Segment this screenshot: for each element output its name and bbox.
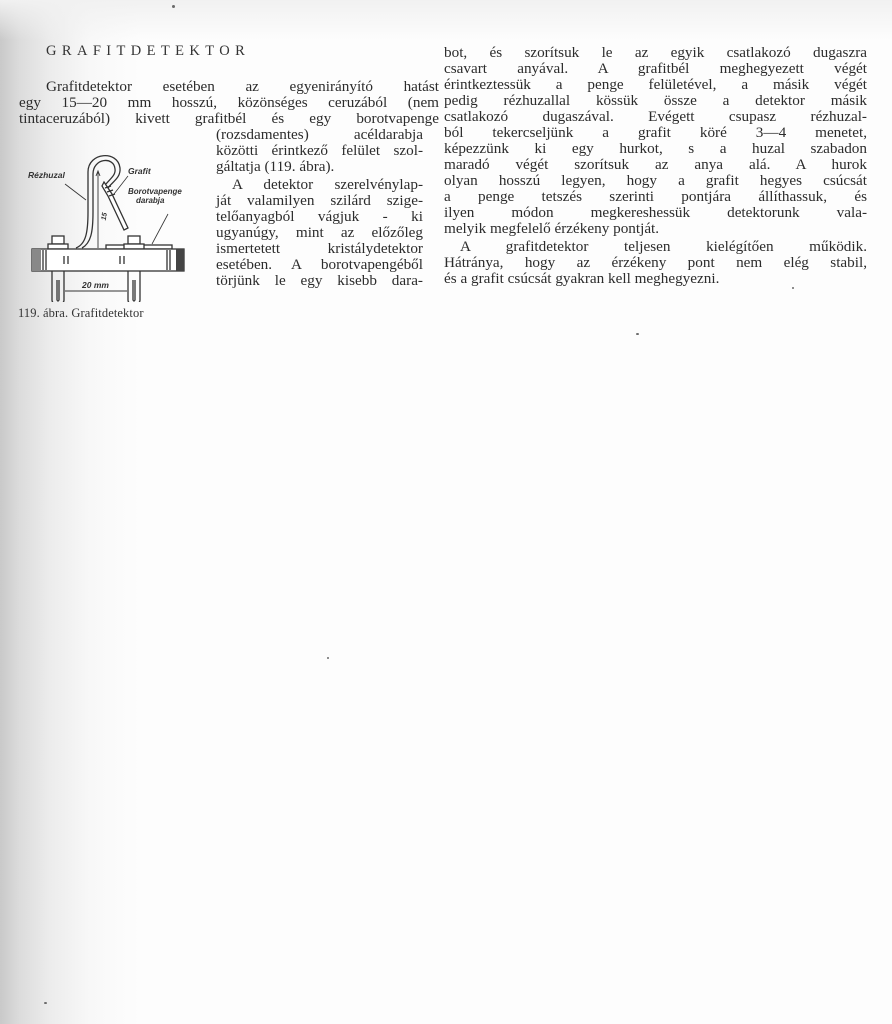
label-graphite: Grafit xyxy=(128,166,152,176)
text-line: pedig rézhuzallal kössük össze a detekto… xyxy=(444,93,867,109)
scan-speck xyxy=(327,657,329,659)
text-line: érintkeztessük a penge felületével, a má… xyxy=(444,77,867,93)
text-line: közötti érintkező felület szol- xyxy=(216,143,423,159)
section-heading: GRAFITDETEKTOR xyxy=(46,43,250,60)
text-line: ugyanúgy, mint az előzőleg xyxy=(216,225,423,241)
text-line: ját valamilyen szilárd szige- xyxy=(216,193,423,209)
text-line: tintaceruzából) kivett grafitbél és egy … xyxy=(19,111,439,127)
label-copper-wire: Rézhuzal xyxy=(28,170,65,180)
figure-caption: 119. ábra. Grafitdetektor xyxy=(18,306,144,321)
text-line: egy 15—20 mm hosszú, közönséges ceruzábó… xyxy=(19,95,439,111)
text-line: esetében. A borotvapengéből xyxy=(216,257,423,273)
scan-speck xyxy=(792,287,794,289)
text-line: A grafitdetektor teljesen kielégítően mű… xyxy=(444,239,867,255)
text-line: ilyen módon megkereshessük detektorunk v… xyxy=(444,205,867,221)
text-line: gáltatja (119. ábra). xyxy=(216,159,423,175)
text-line: csavart anyával. A grafitbél meghegyezet… xyxy=(444,61,867,77)
text-line: ból tekercseljünk a grafit köré 3—4 mene… xyxy=(444,125,867,141)
text-line: ismertetett kristálydetektor xyxy=(216,241,423,257)
text-line: melyik megfelelő érzékeny pontját. xyxy=(444,221,867,237)
text-line: és a grafit csúcsát gyakran kell meghegy… xyxy=(444,271,867,287)
graphite-detector-figure: Rézhuzal Grafit Borotvapenge darabja 15 … xyxy=(28,142,188,302)
text-line: csatlakozó dugaszával. Evégett csupasz r… xyxy=(444,109,867,125)
page-top-shadow xyxy=(0,0,892,40)
text-line: maradó végét szorítsuk az anya alá. A hu… xyxy=(444,157,867,173)
text-line: a penge tetszés szerinti pontjára állíth… xyxy=(444,189,867,205)
text-line: bot, és szorítsuk le az egyik csatlakozó… xyxy=(444,45,867,61)
label-height-dimension: 15 xyxy=(101,212,109,221)
scan-speck xyxy=(172,5,175,8)
label-blade-line2: darabja xyxy=(136,196,165,205)
text-line: telőanyagból vágjuk ‑ ki xyxy=(216,209,423,225)
text-line: A detektor szerelvénylap- xyxy=(216,177,423,193)
scan-speck xyxy=(636,333,639,335)
text-line: olyan hosszú legyen, hogy a grafit hegye… xyxy=(444,173,867,189)
text-line: Hátránya, hogy az érzékeny pont nem elég… xyxy=(444,255,867,271)
scan-speck xyxy=(44,1002,47,1004)
label-blade-line1: Borotvapenge xyxy=(128,187,182,196)
text-line: képezzünk ki egy hurkot, s a huzal szaba… xyxy=(444,141,867,157)
text-line: törjünk le egy kisebb dara- xyxy=(216,273,423,289)
label-width-dimension: 20 mm xyxy=(81,280,109,290)
text-line: Grafitdetektor esetében az egyenirányító… xyxy=(19,79,439,95)
text-line: (rozsdamentes) acéldarabja xyxy=(216,127,423,143)
